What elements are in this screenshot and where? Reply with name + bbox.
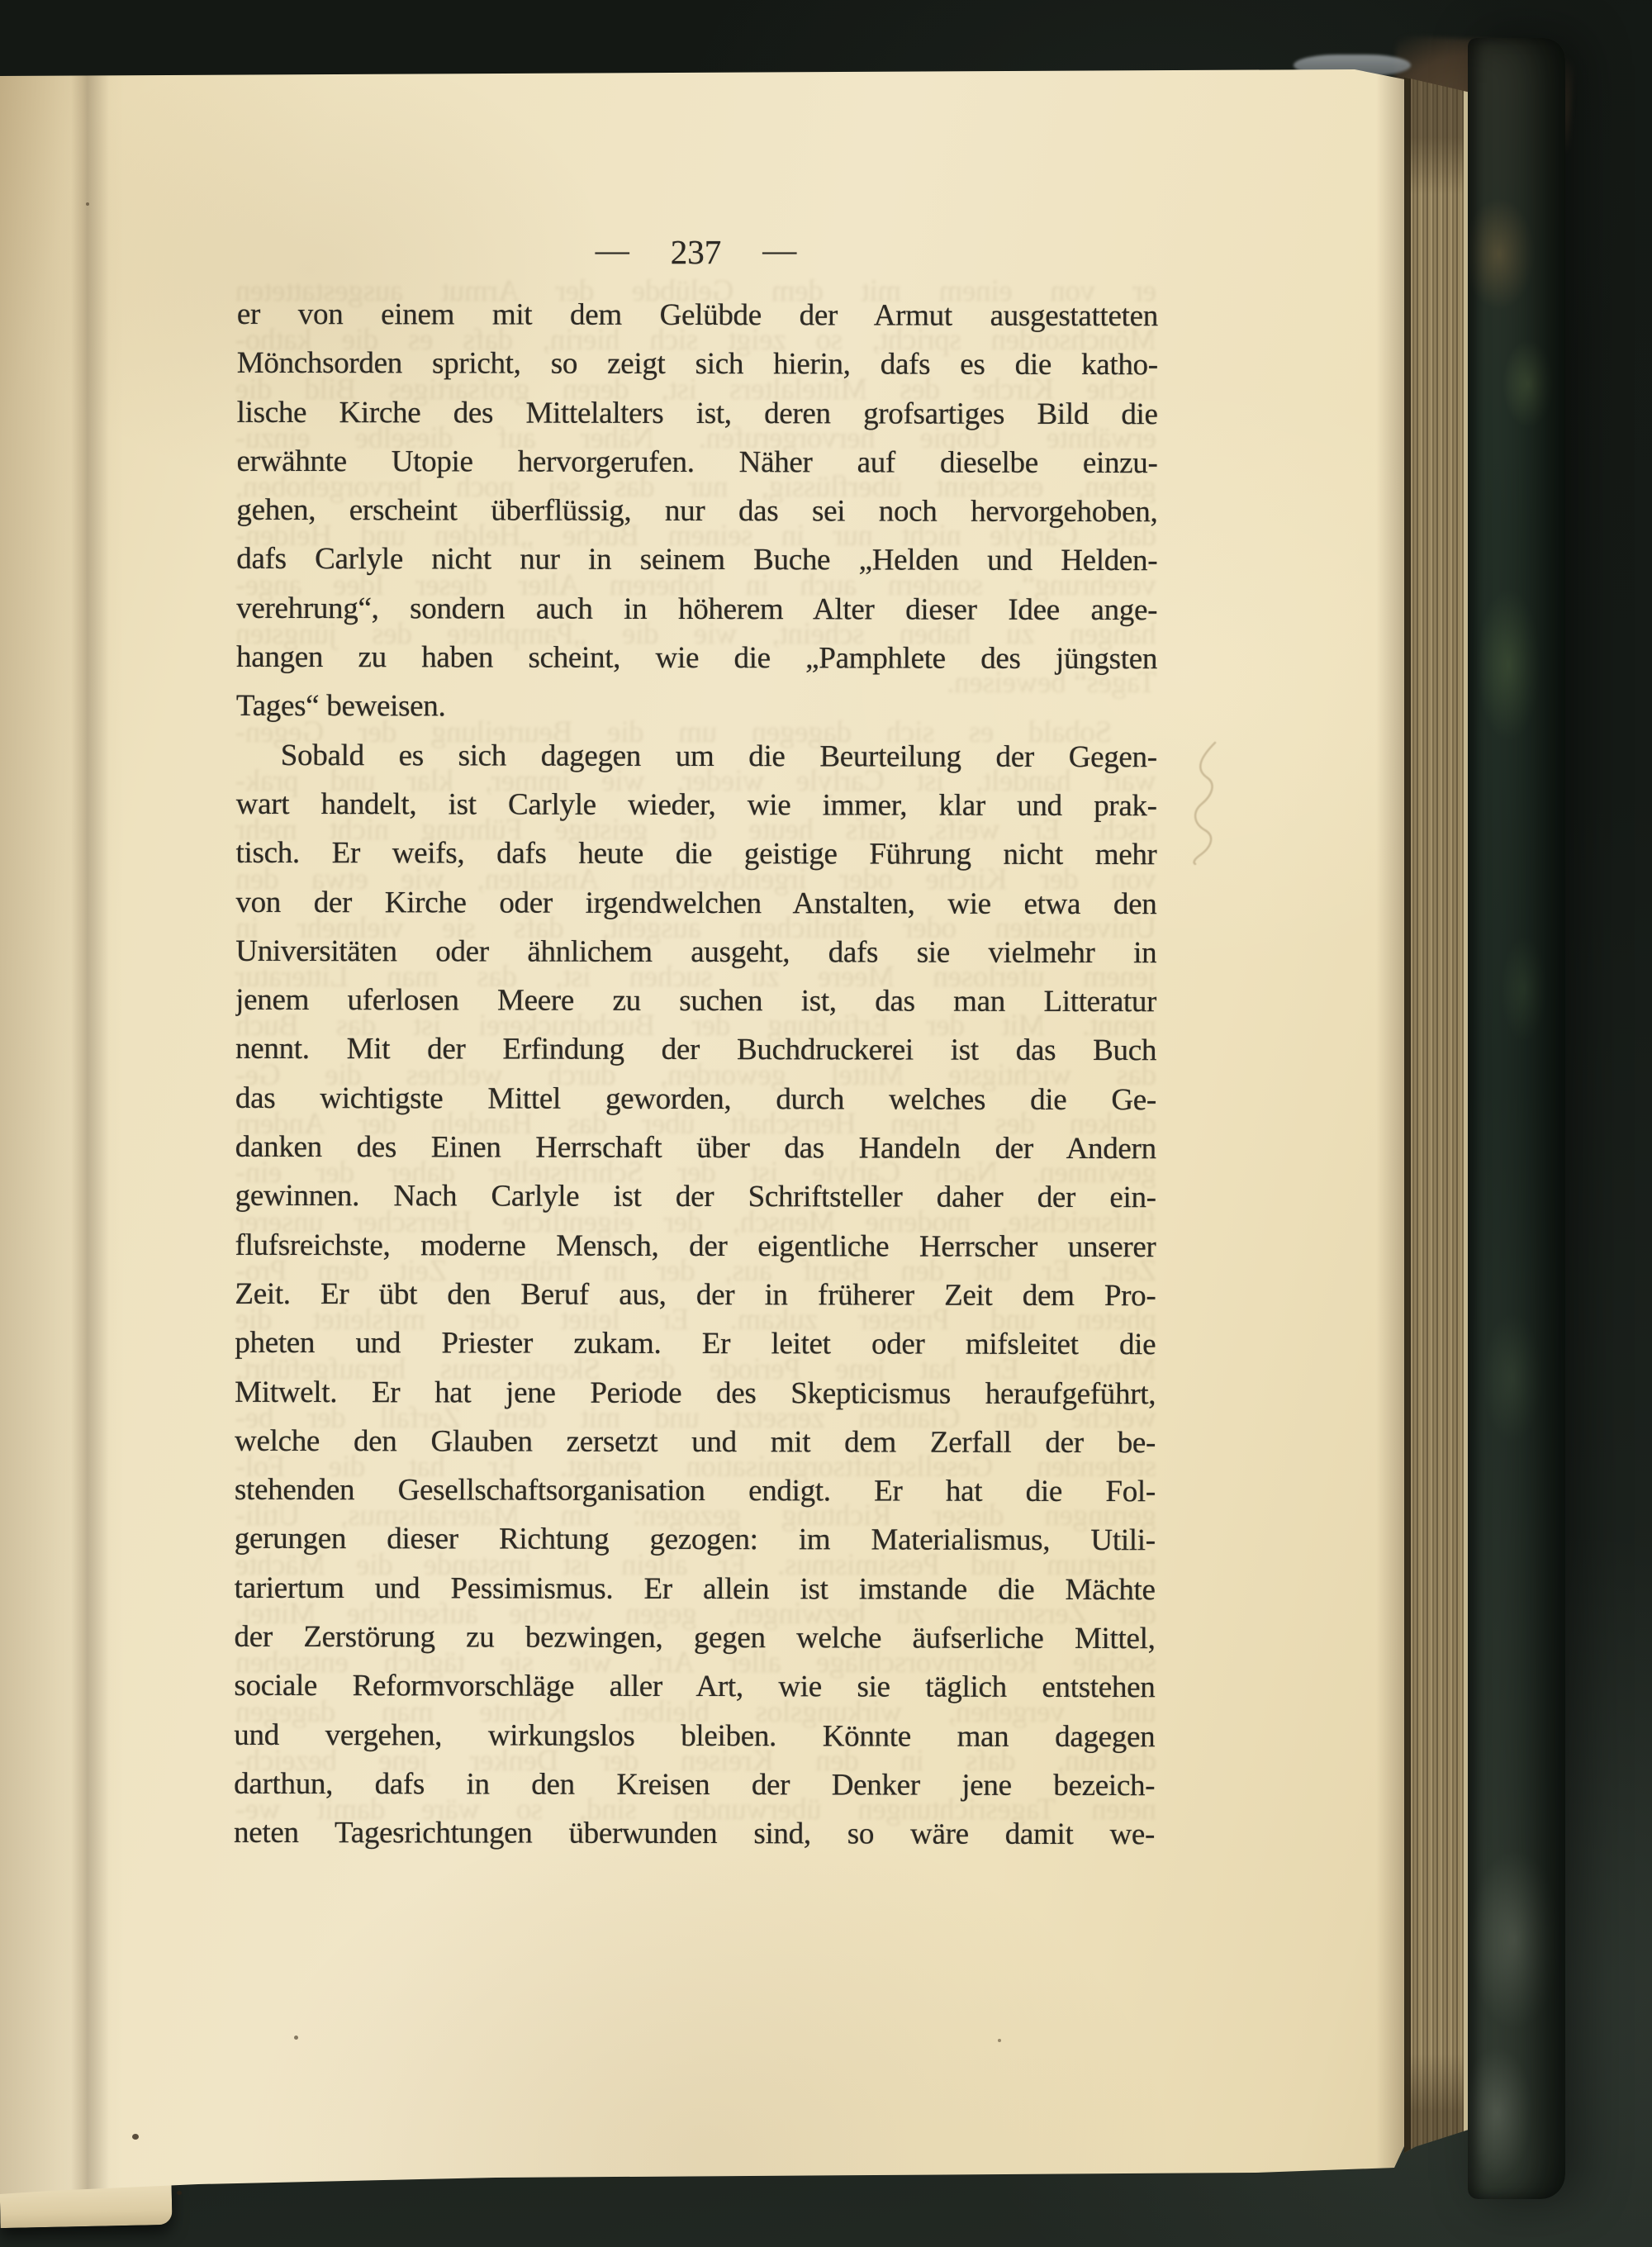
text-line: erwähnte Utopie hervorgerufen. Näher auf… xyxy=(236,437,1157,488)
text-line: gehen, erscheint überflüssig, nur das se… xyxy=(236,486,1157,537)
foxing-speck xyxy=(86,202,89,206)
page-block-fore-edge xyxy=(1404,71,1468,2153)
header-left-dash: — xyxy=(596,230,629,269)
text-line: verehrung“, sondern auch in höherem Alte… xyxy=(236,584,1157,635)
text-line: stehenden Gesellschaftsorganisation endi… xyxy=(235,1466,1156,1517)
text-line: das wichtigste Mittel geworden, durch we… xyxy=(235,1074,1156,1125)
text-line: gewinnen. Nach Carlyle ist der Schriftst… xyxy=(235,1171,1156,1223)
text-line: Tages“ beweisen. xyxy=(236,682,1157,733)
foxing-speck xyxy=(132,2134,139,2140)
text-line: und vergehen, wirkungslos bleiben. Könnt… xyxy=(234,1710,1155,1761)
text-line: tariertum und Pessimismus. Er allein ist… xyxy=(235,1564,1156,1615)
text-line: Sobald es sich dagegen um die Beurteilun… xyxy=(236,731,1157,782)
text-line: hangen zu haben scheint, wie die „Pamphl… xyxy=(236,633,1157,684)
text-line: dafs Carlyle nicht nur in seinem Buche „… xyxy=(236,534,1157,586)
foxing-speck xyxy=(998,2039,1001,2042)
book-cover-edge xyxy=(1468,38,1565,2199)
body-text: er von einem mit dem Gelübde der Armut a… xyxy=(234,290,1158,1860)
text-line: von der Kirche oder irgendwelchen Anstal… xyxy=(235,877,1156,929)
text-line: pheten und Priester zukam. Er leitet ode… xyxy=(235,1318,1156,1370)
header-right-dash: — xyxy=(762,230,796,269)
text-line: wart handelt, ist Carlyle wieder, wie im… xyxy=(236,780,1157,831)
book-scan: er von einem mit dem Gelübde der Armut a… xyxy=(0,0,1652,2247)
text-line: sociale Reformvorschläge aller Art, wie … xyxy=(234,1661,1155,1713)
text-line: jenem uferlosen Meere zu suchen ist, das… xyxy=(235,976,1156,1027)
page-header: — 237 — xyxy=(235,232,1156,272)
foxing-speck xyxy=(294,2036,298,2040)
text-line: tisch. Er weifs, dafs heute die geistige… xyxy=(235,829,1156,880)
text-line: der Zerstörung zu bezwingen, gegen welch… xyxy=(235,1613,1156,1664)
text-line: welche den Glauben zersetzt und mit dem … xyxy=(235,1417,1156,1468)
text-line: flufsreichste, moderne Mensch, der eigen… xyxy=(235,1220,1156,1271)
text-line: Mönchsorden spricht, so zeigt sich hieri… xyxy=(237,339,1158,390)
text-line: Zeit. Er übt den Beruf aus, der in frühe… xyxy=(235,1270,1156,1321)
text-line: nennt. Mit der Erfindung der Buchdrucker… xyxy=(235,1024,1156,1076)
text-line: gerungen dieser Richtung gezogen: im Mat… xyxy=(235,1514,1156,1565)
text-line: er von einem mit dem Gelübde der Armut a… xyxy=(237,290,1158,341)
page-number: 237 xyxy=(671,232,722,272)
text-line: darthun, dafs in den Kreisen der Denker … xyxy=(234,1760,1155,1811)
text-line: Universitäten oder ähnlichem ausgeht, da… xyxy=(235,927,1156,978)
text-line: Mitwelt. Er hat jene Periode des Skeptic… xyxy=(235,1367,1156,1418)
foxing-speck xyxy=(177,2191,182,2195)
text-line: neten Tagesrichtungen überwunden sind, s… xyxy=(234,1808,1155,1860)
pencil-squiggle-mark xyxy=(1187,739,1225,865)
text-line: danken des Einen Herrschaft über das Han… xyxy=(235,1123,1156,1174)
text-line: lische Kirche des Mittelalters ist, dere… xyxy=(237,387,1158,439)
